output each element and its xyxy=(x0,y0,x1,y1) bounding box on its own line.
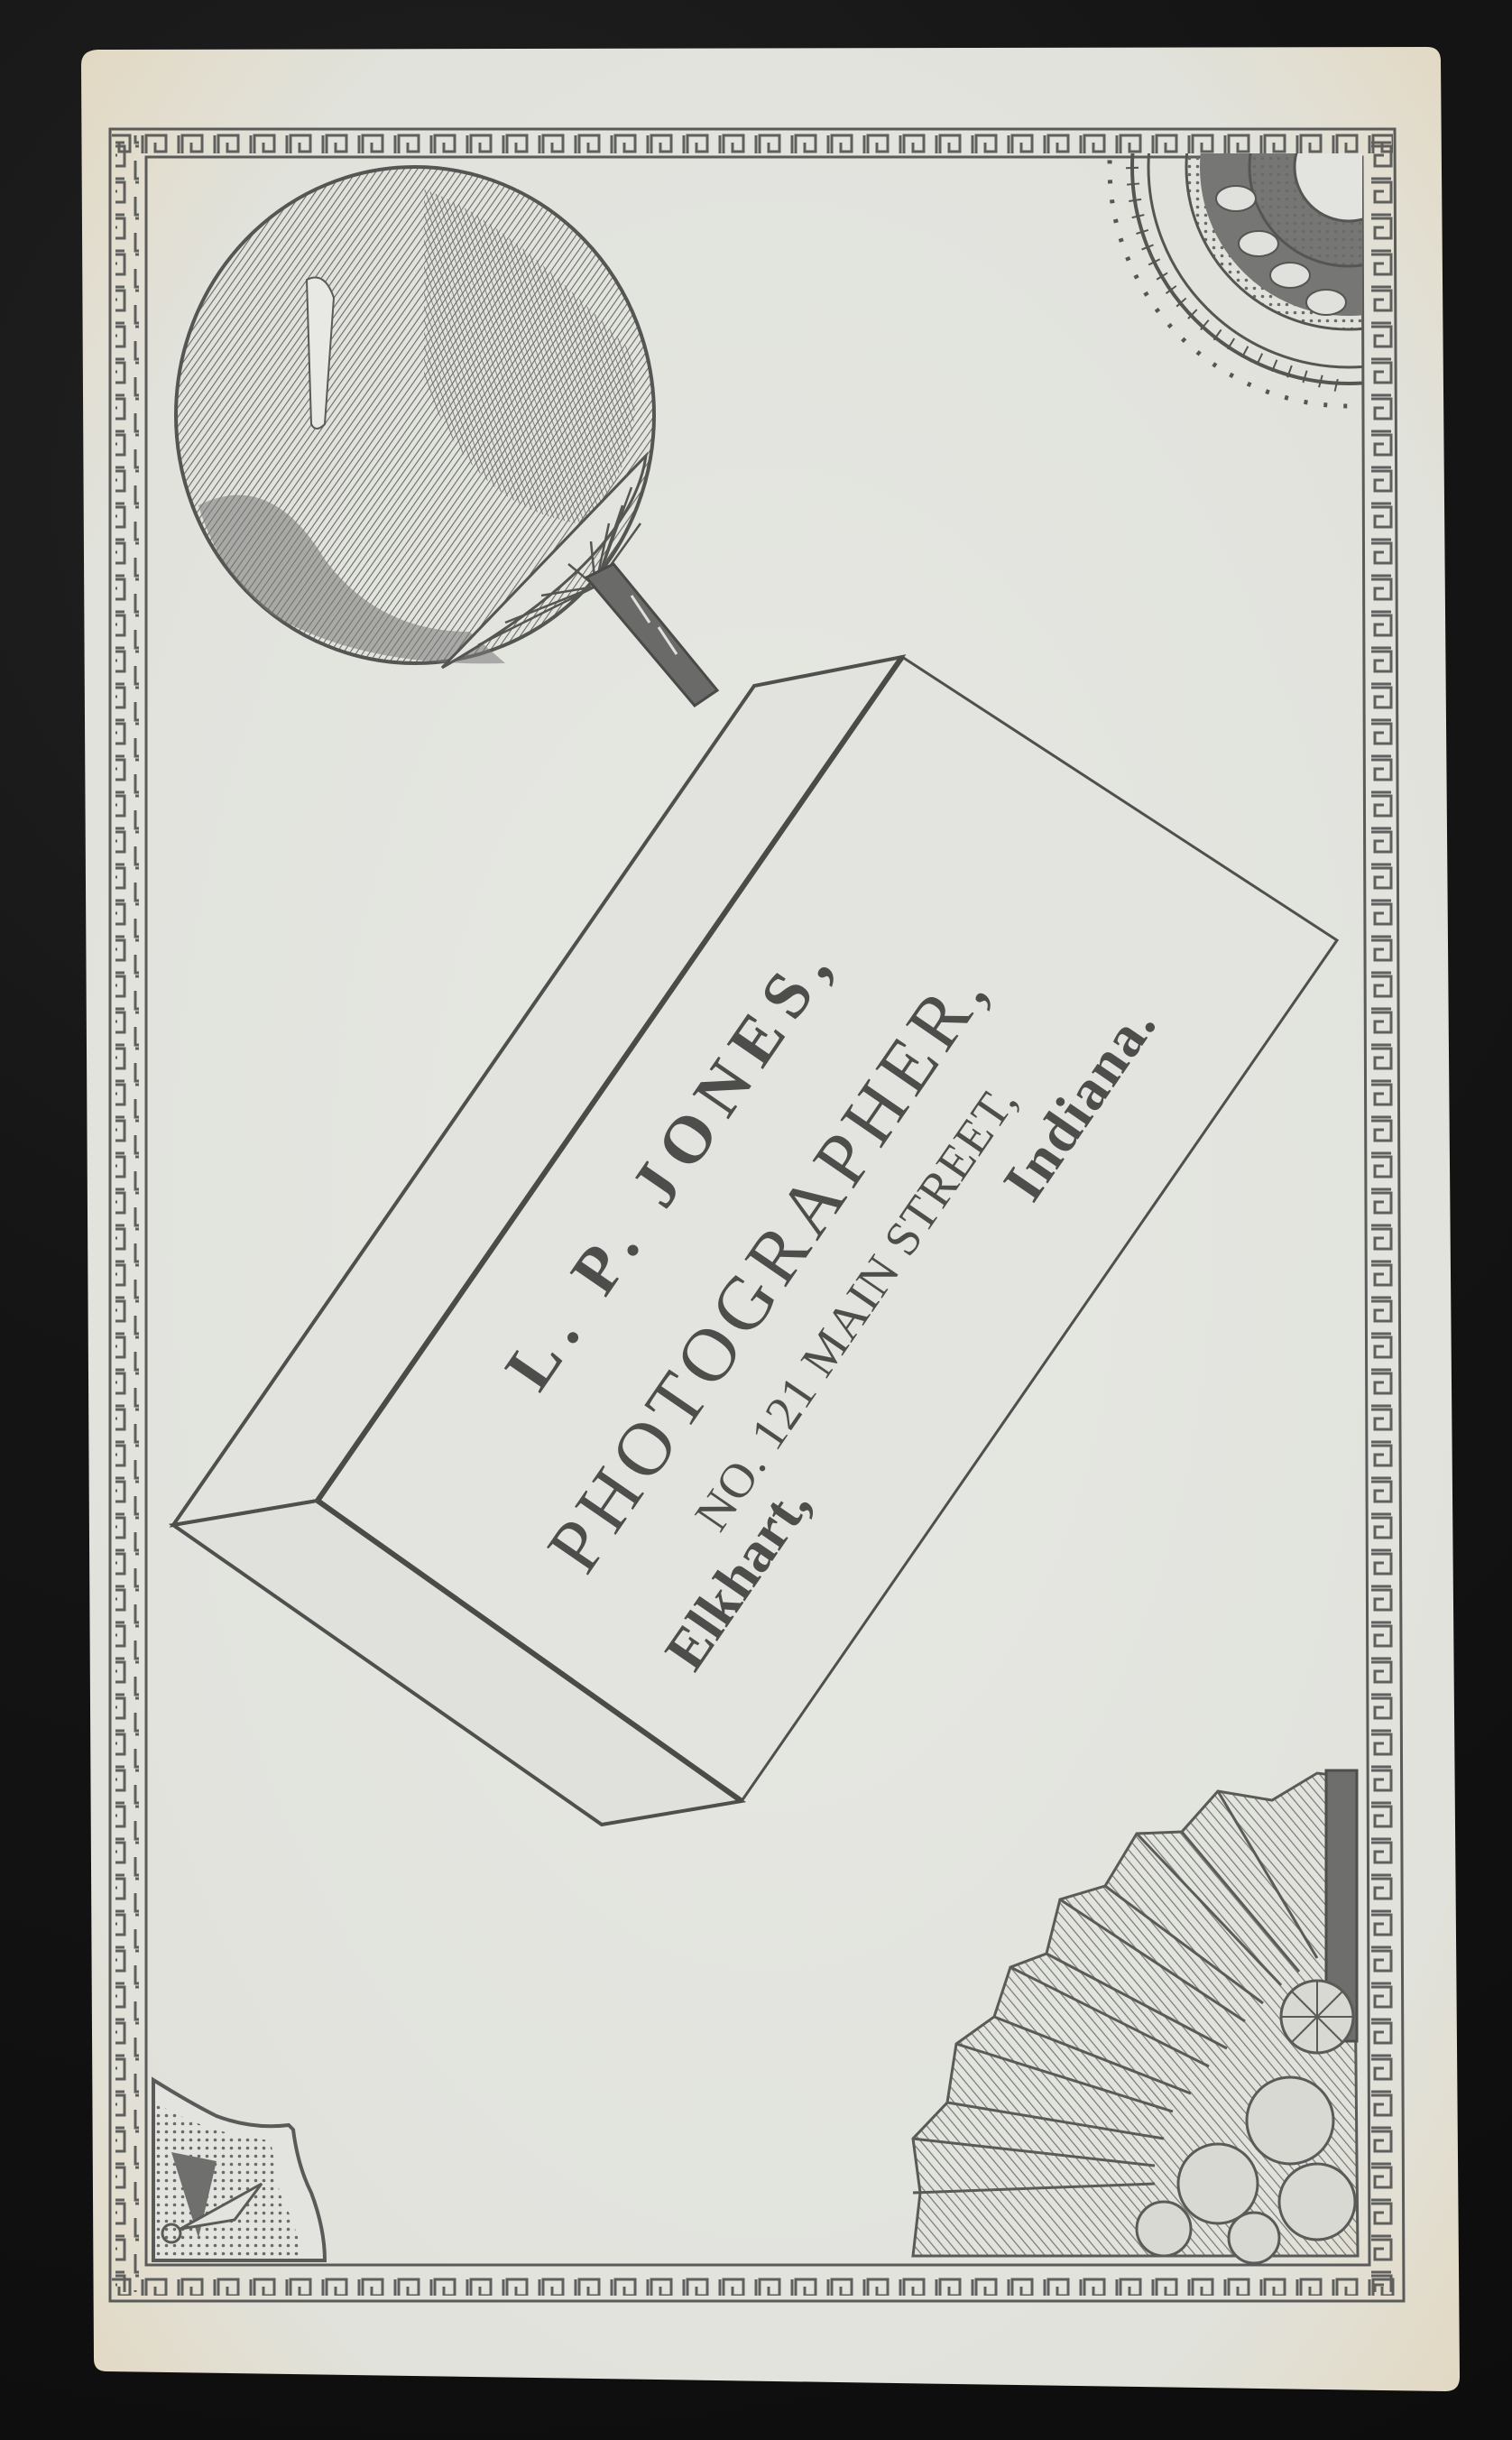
photo-backdrop: L. P. JONES, PHOTOGRAPHER, NO. 121 MAIN … xyxy=(0,0,1512,2440)
